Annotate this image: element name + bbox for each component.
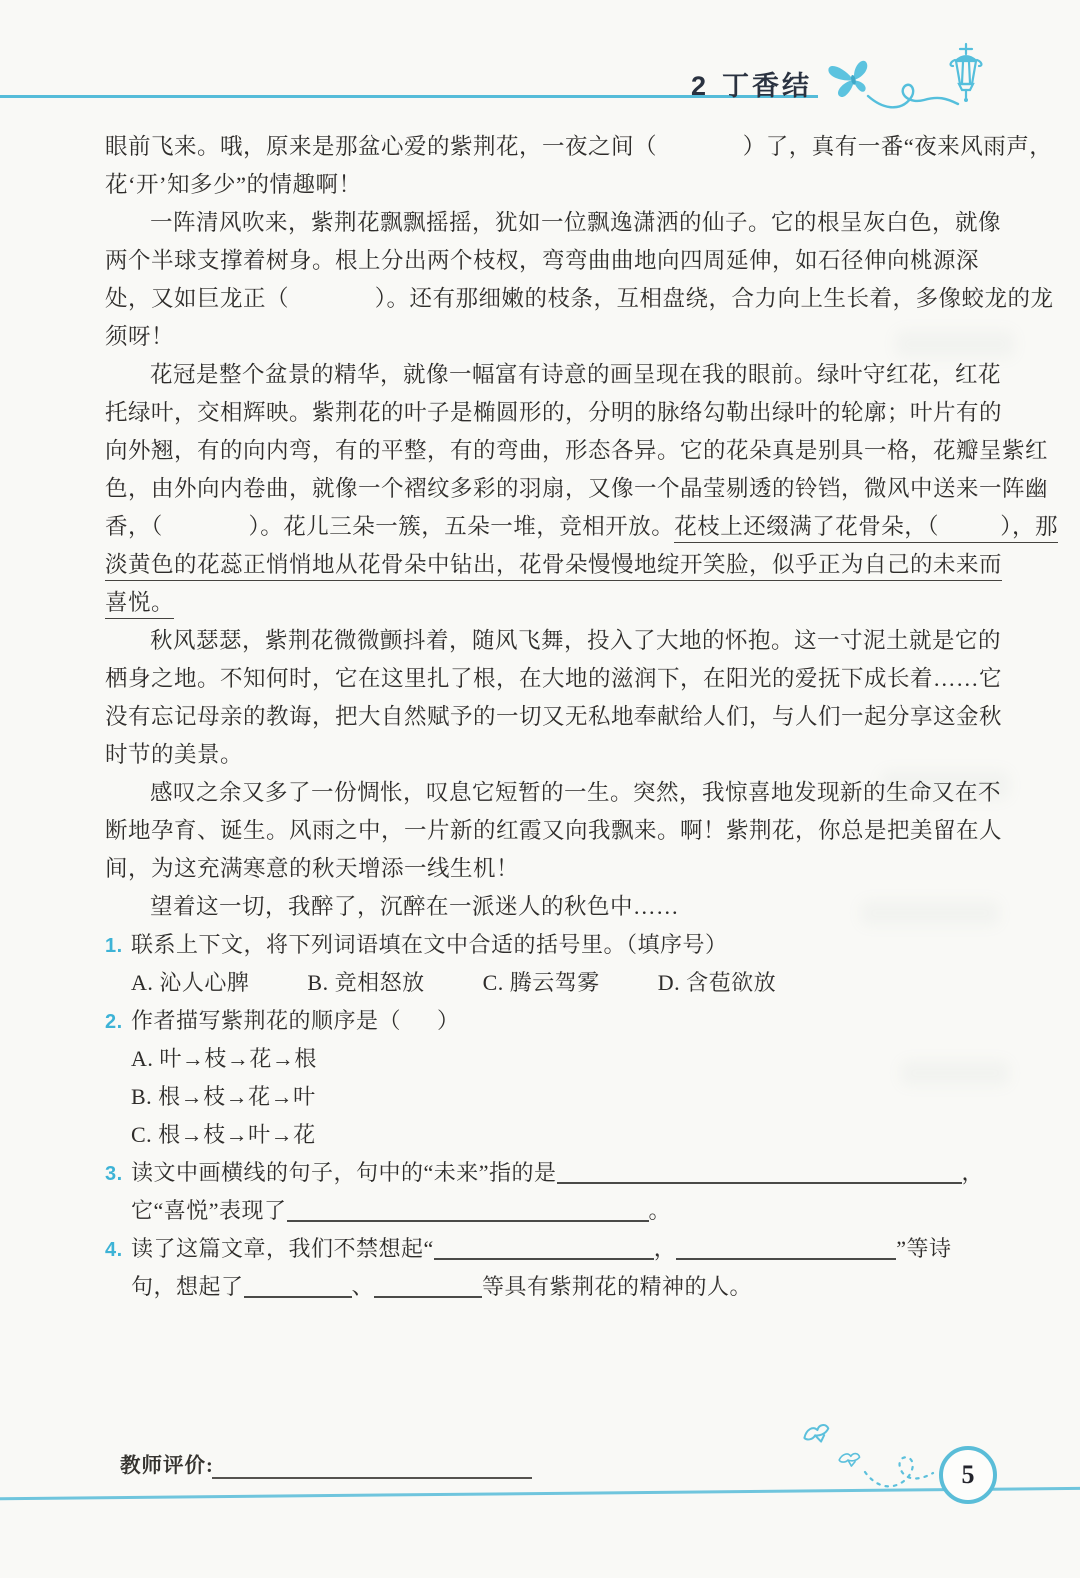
flourish-line — [868, 85, 958, 108]
question: 3.读文中画横线的句子，句中的“未来”指的是，它“喜悦”表现了。 — [105, 1154, 985, 1230]
fill-blank-line — [434, 1234, 654, 1260]
question-line: A. 沁人心脾B. 竞相怒放C. 腾云驾雾D. 含苞欲放 — [105, 964, 985, 1002]
header-decoration — [814, 42, 1000, 120]
page-number-badge: 5 — [939, 1446, 997, 1504]
passage-line: 眼前飞来。哦，原来是那盆心爱的紫荆花，一夜之间（ ）了，真有一番“夜来风雨声， — [105, 128, 985, 166]
passage-text: 望着这一切，我醉了，沉醉在一派迷人的秋色中…… — [150, 894, 679, 919]
option-item: A. 沁人心脾 — [131, 970, 249, 995]
passage-line: 向外翘，有的向内弯，有的平整，有的弯曲，形态各异。它的花朵真是别具一格，花瓣呈紫… — [105, 432, 985, 470]
question-text: ， — [962, 1160, 985, 1185]
question-text: 。 — [649, 1198, 672, 1223]
question-text: ， — [654, 1236, 677, 1261]
lamp-icon — [951, 44, 982, 102]
passage-text: 没有忘记母亲的教诲，把大自然赋予的一切又无私地奉献给人们，与人们一起分享这金秋 — [105, 704, 1002, 729]
passage-text: 须呀！ — [105, 324, 174, 349]
lesson-number: 2 — [691, 71, 706, 101]
question-number: 4. — [105, 1231, 131, 1269]
dotted-trail — [865, 1457, 933, 1486]
passage-line: 须呀！ — [105, 318, 985, 356]
fill-blank-line — [287, 1196, 649, 1222]
passage-text: 时节的美景。 — [105, 742, 243, 767]
main-content: 眼前飞来。哦，原来是那盆心爱的紫荆花，一夜之间（ ）了，真有一番“夜来风雨声，花… — [105, 128, 985, 1306]
passage-line: 望着这一切，我醉了，沉醉在一派迷人的秋色中…… — [105, 888, 985, 926]
question-line: 3.读文中画横线的句子，句中的“未来”指的是， — [105, 1154, 985, 1192]
passage-line: 香，（ ）。花儿三朵一簇，五朵一堆，竞相开放。花枝上还缀满了花骨朵，（ ），那 — [105, 508, 985, 546]
workbook-page: 2丁香结 眼前飞来。哦，原来是那盆心爱 — [0, 0, 1080, 1578]
question-text: A. 叶→枝→花→根 — [131, 1046, 317, 1071]
passage-line: 断地孕育、诞生。风雨之中，一片新的红霞又向我飘来。啊！紫荆花，你总是把美留在人 — [105, 812, 985, 850]
passage-line: 喜悦。 — [105, 584, 985, 622]
passage-text: 香，（ ）。花儿三朵一簇，五朵一堆，竞相开放。 — [105, 514, 674, 539]
passage-text: 间，为这充满寒意的秋天增添一线生机！ — [105, 856, 519, 881]
birds-icon — [803, 1424, 860, 1466]
question-number: 2. — [105, 1003, 131, 1041]
passage-line: 栖身之地。不知何时，它在这里扎了根，在大地的滋润下，在阳光的爱抚下成长着……它 — [105, 660, 985, 698]
teacher-evaluation-line — [212, 1477, 532, 1479]
passage-line: 花‘开’知多少”的情趣啊！ — [105, 166, 985, 204]
option-item: B. 竞相怒放 — [307, 970, 424, 995]
option-item: C. 腾云驾雾 — [483, 970, 600, 995]
option-item: D. 含苞欲放 — [658, 970, 776, 995]
passage-text: 花冠是整个盆景的精华，就像一幅富有诗意的画呈现在我的眼前。绿叶守红花，红花 — [150, 362, 1001, 387]
passage-text: 色，由外向内卷曲，就像一个褶纹多彩的羽扇，又像一个晶莹剔透的铃铛，微风中送来一阵… — [105, 476, 1048, 501]
question-line: 1.联系上下文，将下列词语填在文中合适的括号里。（填序号） — [105, 926, 985, 964]
question-line: 它“喜悦”表现了。 — [105, 1192, 985, 1230]
teacher-evaluation-label: 教师评价: — [120, 1448, 214, 1478]
underlined-sentence: 喜悦。 — [105, 590, 174, 619]
question-text: 读了这篇文章，我们不禁想起“ — [131, 1236, 434, 1261]
passage-text: 眼前飞来。哦，原来是那盆心爱的紫荆花，一夜之间（ ）了，真有一番“夜来风雨声， — [105, 134, 1052, 159]
passage-text: 断地孕育、诞生。风雨之中，一片新的红霞又向我飘来。啊！紫荆花，你总是把美留在人 — [105, 818, 1002, 843]
question-line: A. 叶→枝→花→根 — [105, 1040, 985, 1078]
passage-text: 秋风瑟瑟，紫荆花微微颤抖着，随风飞舞，投入了大地的怀抱。这一寸泥土就是它的 — [150, 628, 1001, 653]
fill-blank-line — [244, 1272, 352, 1298]
question-line: C. 根→枝→叶→花 — [105, 1116, 985, 1154]
question-number: 1. — [105, 927, 131, 965]
question: 1.联系上下文，将下列词语填在文中合适的括号里。（填序号）A. 沁人心脾B. 竞… — [105, 926, 985, 1002]
question-number: 3. — [105, 1155, 131, 1193]
passage-line: 秋风瑟瑟，紫荆花微微颤抖着，随风飞舞，投入了大地的怀抱。这一寸泥土就是它的 — [105, 622, 985, 660]
question-text: 联系上下文，将下列词语填在文中合适的括号里。（填序号） — [131, 932, 728, 957]
question-line: 2.作者描写紫荆花的顺序是（ ） — [105, 1002, 985, 1040]
passage-line: 两个半球支撑着树身。根上分出两个枝杈，弯弯曲曲地向四周延伸，如石径伸向桃源深 — [105, 242, 985, 280]
passage-text: 一阵清风吹来，紫荆花飘飘摇摇，犹如一位飘逸潇洒的仙子。它的根呈灰白色，就像 — [150, 210, 1001, 235]
passage-text: 向外翘，有的向内弯，有的平整，有的弯曲，形态各异。它的花朵真是别具一格，花瓣呈紫… — [105, 438, 1048, 463]
passage-text: 两个半球支撑着树身。根上分出两个枝杈，弯弯曲曲地向四周延伸，如石径伸向桃源深 — [105, 248, 979, 273]
question-text: 读文中画横线的句子，句中的“未来”指的是 — [131, 1160, 557, 1185]
underlined-sentence: 淡黄色的花蕊正悄悄地从花骨朵中钻出，花骨朵慢慢地绽开笑脸，似乎正为自己的未来而 — [105, 552, 1002, 581]
fill-blank-line — [374, 1272, 482, 1298]
question-text: 它“喜悦”表现了 — [131, 1198, 287, 1223]
passage-line: 时节的美景。 — [105, 736, 985, 774]
passage-text: 处，又如巨龙正（ ）。还有那细嫩的枝条，互相盘绕，合力向上生长着，多像蛟龙的龙 — [105, 286, 1054, 311]
passage-text: 花‘开’知多少”的情趣啊！ — [105, 172, 361, 197]
question-text: 句，想起了 — [131, 1274, 244, 1299]
passage-line: 一阵清风吹来，紫荆花飘飘摇摇，犹如一位飘逸潇洒的仙子。它的根呈灰白色，就像 — [105, 204, 985, 242]
question-line: 4.读了这篇文章，我们不禁想起“，”等诗 — [105, 1230, 985, 1268]
question: 2.作者描写紫荆花的顺序是（ ）A. 叶→枝→花→根B. 根→枝→花→叶C. 根… — [105, 1002, 985, 1154]
question-text: 等具有紫荆花的精神的人。 — [482, 1274, 752, 1299]
question-text: ”等诗 — [896, 1236, 951, 1261]
passage-text: 托绿叶，交相辉映。紫荆花的叶子是椭圆形的，分明的脉络勾勒出绿叶的轮廓；叶片有的 — [105, 400, 1002, 425]
page-number: 5 — [962, 1460, 975, 1490]
passage-line: 花冠是整个盆景的精华，就像一幅富有诗意的画呈现在我的眼前。绿叶守红花，红花 — [105, 356, 985, 394]
question-line: B. 根→枝→花→叶 — [105, 1078, 985, 1116]
passage-line: 间，为这充满寒意的秋天增添一线生机！ — [105, 850, 985, 888]
passage-text: 感叹之余又多了一份惆怅，叹息它短暂的一生。突然，我惊喜地发现新的生命又在不 — [150, 780, 1001, 805]
reading-passage: 眼前飞来。哦，原来是那盆心爱的紫荆花，一夜之间（ ）了，真有一番“夜来风雨声，花… — [105, 128, 985, 926]
lesson-title: 丁香结 — [722, 71, 812, 101]
fill-blank-line — [676, 1234, 896, 1260]
passage-line: 感叹之余又多了一份惆怅，叹息它短暂的一生。突然，我惊喜地发现新的生命又在不 — [105, 774, 985, 812]
passage-line: 色，由外向内卷曲，就像一个褶纹多彩的羽扇，又像一个晶莹剔透的铃铛，微风中送来一阵… — [105, 470, 985, 508]
fill-blank-line — [557, 1158, 962, 1184]
page-header: 2丁香结 — [691, 64, 812, 103]
question-text: 、 — [352, 1274, 375, 1299]
passage-line: 没有忘记母亲的教诲，把大自然赋予的一切又无私地奉献给人们，与人们一起分享这金秋 — [105, 698, 985, 736]
question-line: 句，想起了、等具有紫荆花的精神的人。 — [105, 1268, 985, 1306]
question-text: C. 根→枝→叶→花 — [131, 1122, 316, 1147]
passage-text: 栖身之地。不知何时，它在这里扎了根，在大地的滋润下，在阳光的爱抚下成长着……它 — [105, 666, 1002, 691]
question: 4.读了这篇文章，我们不禁想起“，”等诗句，想起了、等具有紫荆花的精神的人。 — [105, 1230, 985, 1306]
passage-line: 淡黄色的花蕊正悄悄地从花骨朵中钻出，花骨朵慢慢地绽开笑脸，似乎正为自己的未来而 — [105, 546, 985, 584]
butterfly-icon — [828, 59, 873, 99]
question-text: B. 根→枝→花→叶 — [131, 1084, 316, 1109]
questions-section: 1.联系上下文，将下列词语填在文中合适的括号里。（填序号）A. 沁人心脾B. 竞… — [105, 926, 985, 1306]
passage-line: 托绿叶，交相辉映。紫荆花的叶子是椭圆形的，分明的脉络勾勒出绿叶的轮廓；叶片有的 — [105, 394, 985, 432]
passage-line: 处，又如巨龙正（ ）。还有那细嫩的枝条，互相盘绕，合力向上生长着，多像蛟龙的龙 — [105, 280, 985, 318]
question-text: 作者描写紫荆花的顺序是（ ） — [131, 1008, 460, 1033]
underlined-sentence: 花枝上还缀满了花骨朵，（ ），那 — [674, 514, 1058, 543]
